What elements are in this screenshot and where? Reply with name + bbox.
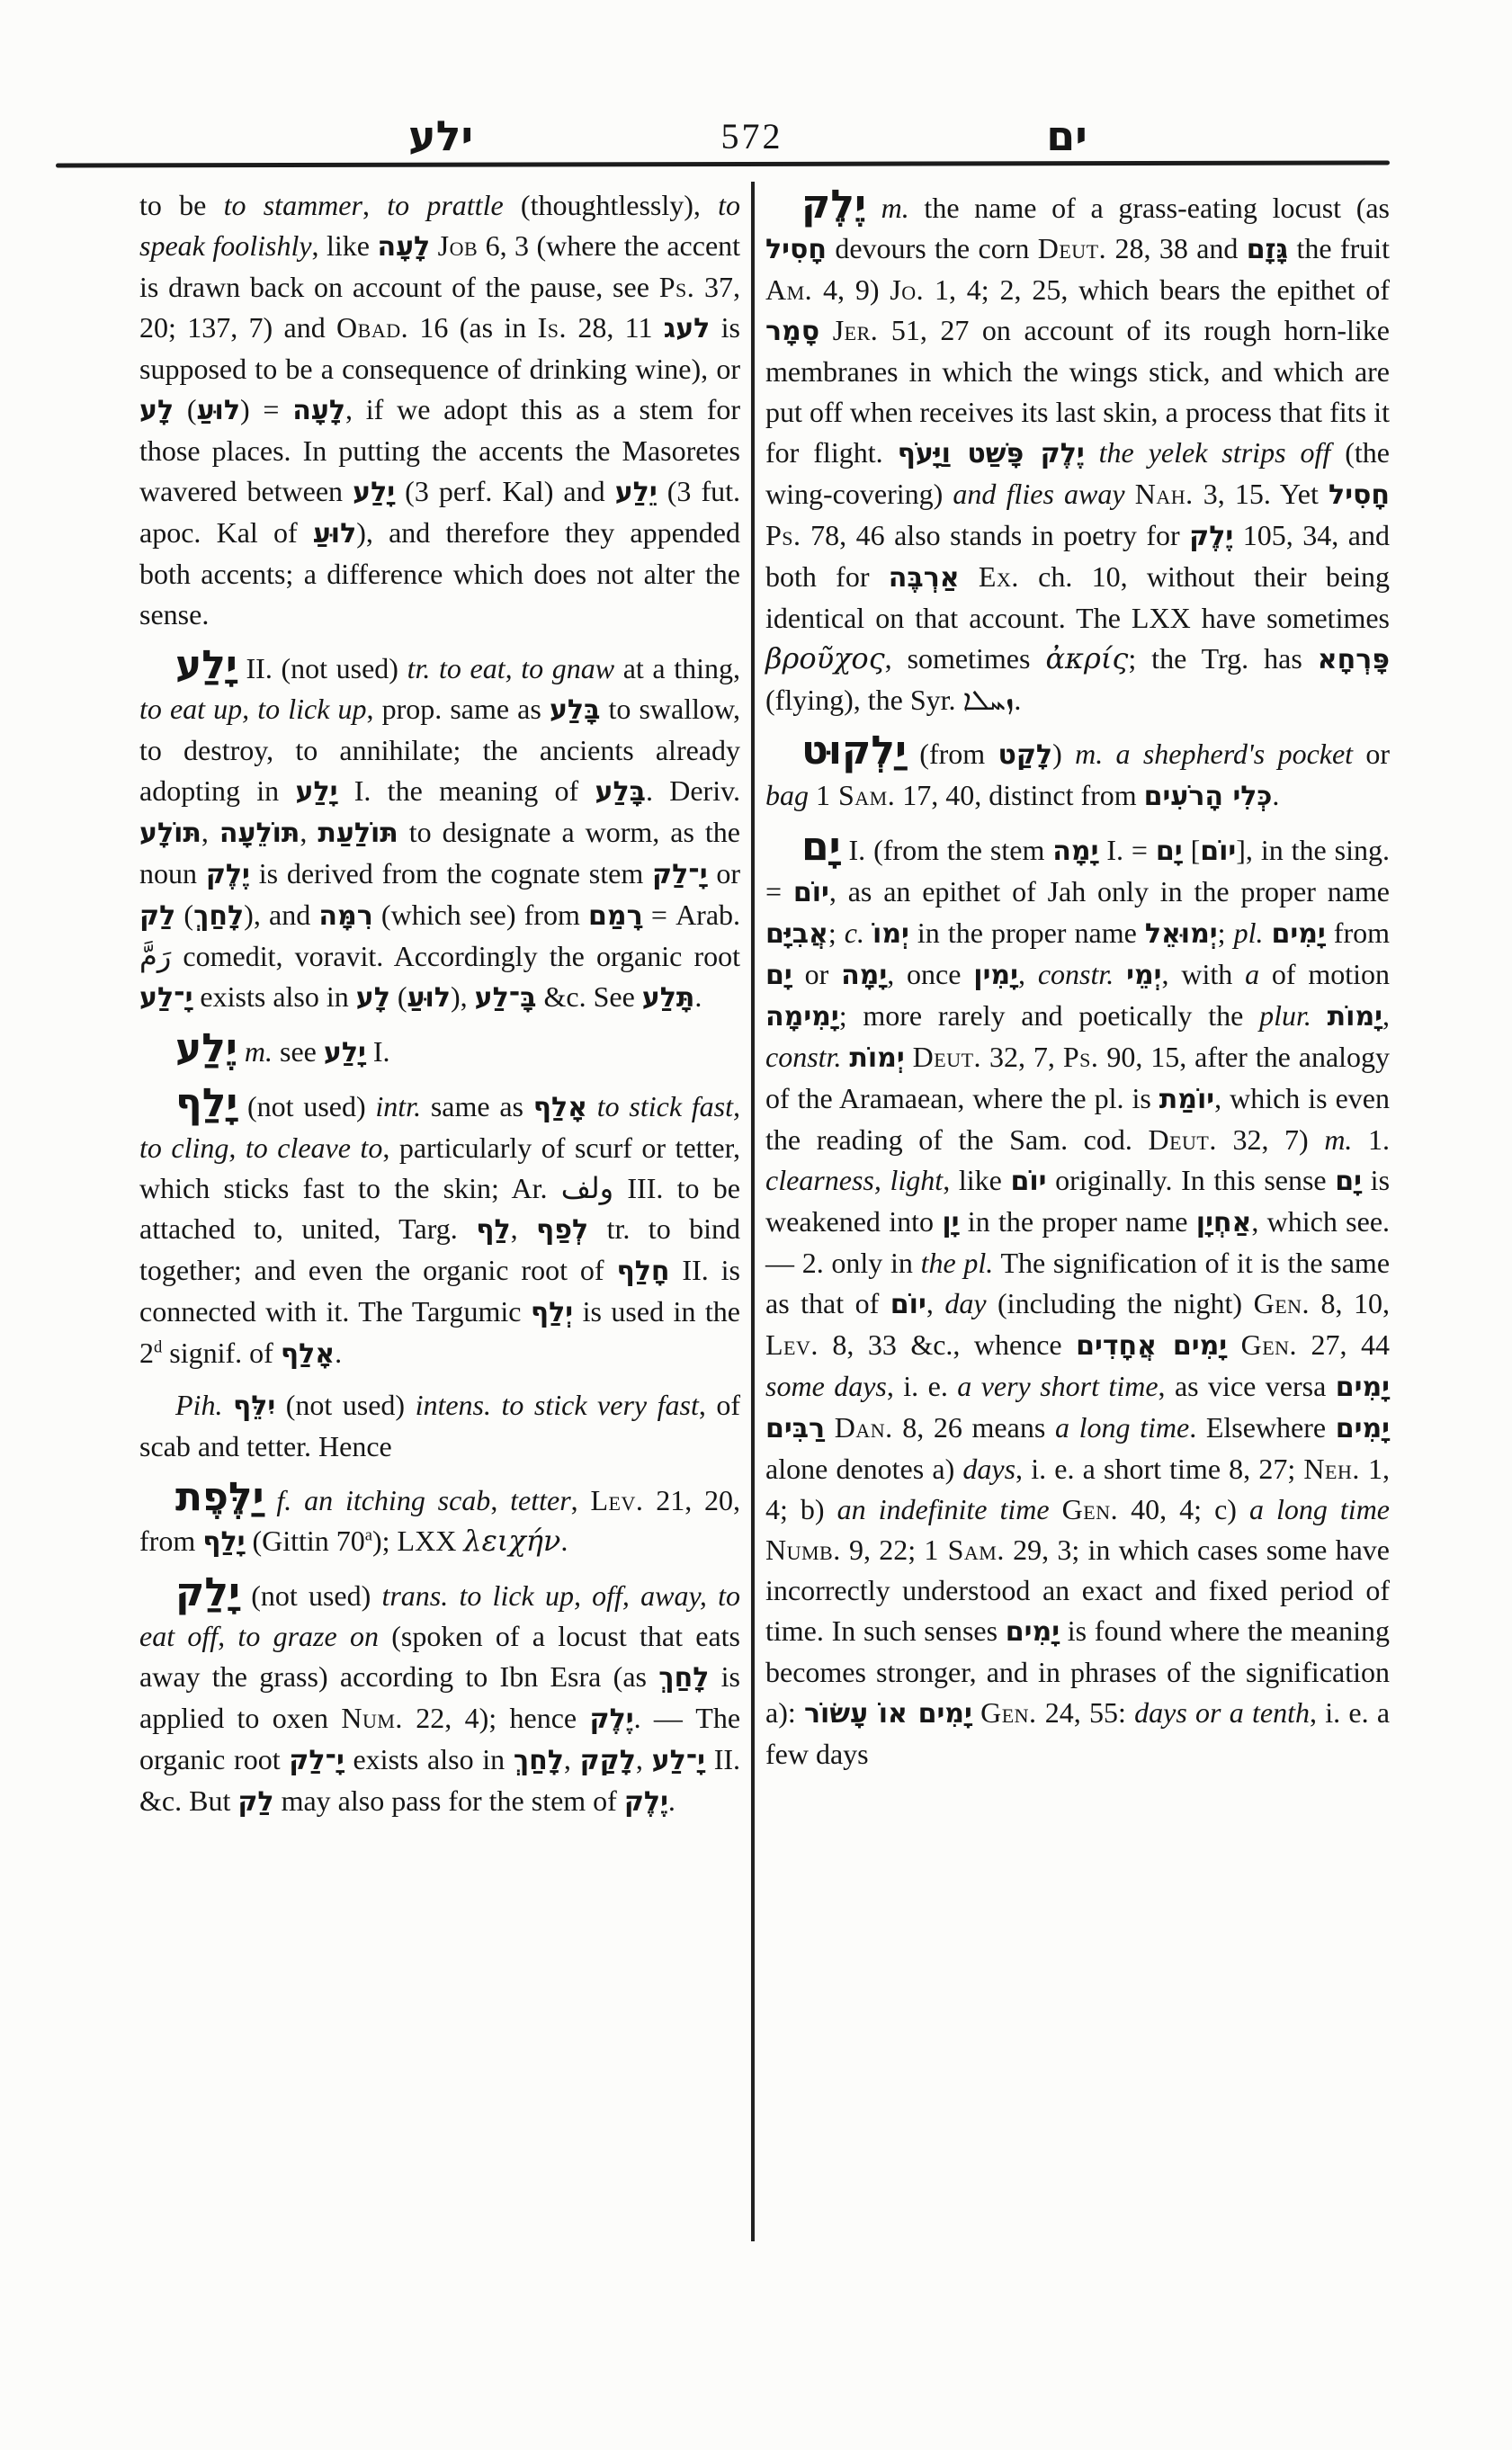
left-column: to be to stammer, to prattle (thoughtles…	[139, 185, 740, 1822]
entry-yalaph: יָלַף (not used) intr. same as אָלַף to …	[139, 1084, 740, 1374]
paragraph-laah-continuation: to be to stammer, to prattle (thoughtles…	[139, 185, 740, 635]
entry-pih-yillef: Pih. יִלֵּף (not used) intens. to stick …	[139, 1385, 740, 1467]
page-number-container: 572	[635, 79, 869, 156]
dictionary-page: ילע 572 ים to be to stammer, to prattle …	[0, 0, 1512, 2450]
entry-yela-reference: יֶלַע m. see יָלַע I.	[139, 1029, 740, 1073]
entry-yalaq-verb: יָלַק (not used) trans. to lick up, off,…	[139, 1573, 740, 1822]
running-head-left-word: ילע	[408, 116, 473, 156]
running-head-left: ילע	[324, 79, 558, 156]
column-divider-rule	[751, 182, 755, 2241]
header-rule	[56, 160, 1390, 167]
entry-yeleq-noun: יֶלֶק m. the name of a grass-eating locu…	[765, 185, 1390, 720]
right-column: יֶלֶק m. the name of a grass-eating locu…	[765, 185, 1390, 1775]
entry-yalqut: יַלְקוּט (from לָקַט) m. a shepherd's po…	[765, 731, 1390, 817]
entry-yallepheth: יַלֶּפֶת f. an itching scab, tetter, Lev…	[139, 1478, 740, 1562]
entry-yam-I: יָם I. (from the stem יָמָה I. = יָם [יו…	[765, 827, 1390, 1775]
page-number: 572	[721, 116, 783, 156]
entry-yala-II: יָלַע II. (not used) tr. to eat, to gnaw…	[139, 646, 740, 1018]
running-head-right-word: ים	[1046, 116, 1087, 156]
running-head-right: ים	[950, 79, 1184, 156]
